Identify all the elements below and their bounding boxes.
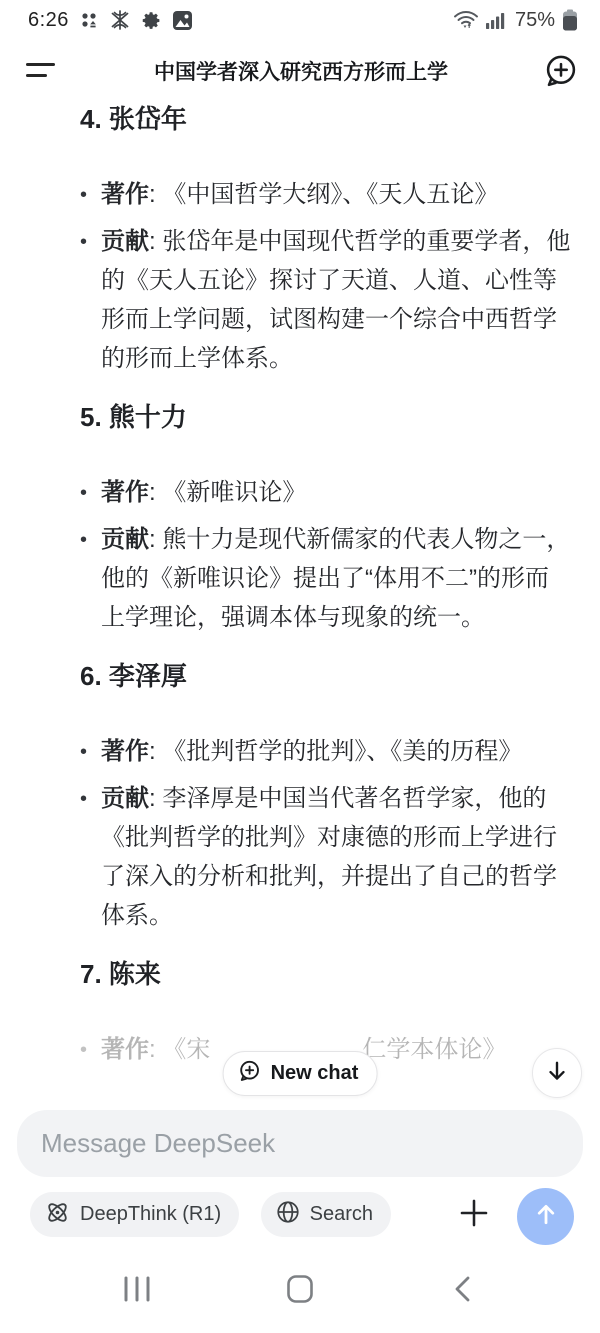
bullet-works: • 著作: 《新唯识论》 (80, 473, 572, 513)
arrow-up-icon (532, 1200, 560, 1233)
home-icon[interactable] (278, 1267, 322, 1311)
signal-icon (486, 10, 508, 30)
android-nav-bar (0, 1250, 600, 1333)
plus-icon (457, 1196, 491, 1235)
back-icon[interactable] (441, 1267, 485, 1311)
message-input-container[interactable] (17, 1110, 583, 1177)
new-chat-bubble-icon (238, 1059, 262, 1088)
battery-percent: 75% (515, 9, 555, 32)
app-header: 中国学者深入研究西方形而上学 (0, 40, 600, 102)
menu-icon[interactable] (26, 59, 60, 83)
scroll-to-bottom-button[interactable] (532, 1048, 582, 1098)
wifi-icon (453, 9, 479, 31)
gear-icon (141, 10, 162, 31)
search-label: Search (310, 1203, 373, 1226)
bullet-contribution: • 贡献: 李泽厚是中国当代著名哲学家，他的《批判哲学的批判》对康德的形而上学进… (80, 779, 572, 935)
deepthink-label: DeepThink (R1) (80, 1203, 221, 1226)
new-chat-label: New chat (271, 1062, 359, 1085)
battery-icon (562, 9, 578, 31)
atom-icon (44, 1199, 71, 1231)
attach-plus-button[interactable] (451, 1192, 497, 1238)
composer-toolbar: DeepThink (R1) Search (30, 1192, 587, 1250)
arrow-down-icon (544, 1058, 570, 1089)
deepseek-app-screen: 6:26 (0, 0, 600, 1333)
bullet-contribution: • 贡献: 张岱年是中国现代哲学的重要学者，他的《天人五论》探讨了天道、人道、心… (80, 222, 572, 378)
section-li-zehou: 6. 李泽厚 • 著作: 《批判哲学的批判》、《美的历程》 • 贡献: 李泽厚是… (80, 659, 572, 935)
globe-icon (275, 1199, 301, 1230)
search-toggle[interactable]: Search (261, 1192, 391, 1237)
section-xiong-shili: 5. 熊十力 • 著作: 《新唯识论》 • 贡献: 熊十力是现代新儒家的代表人物… (80, 400, 572, 637)
section-heading: 7. 陈来 (80, 957, 572, 991)
message-input[interactable] (41, 1128, 559, 1159)
new-chat-button[interactable]: New chat (223, 1051, 378, 1096)
section-heading: 6. 李泽厚 (80, 659, 572, 693)
recents-icon[interactable] (115, 1267, 159, 1311)
section-zhang-dainian: 4. 张岱年 • 著作: 《中国哲学大纲》、《天人五论》 • 贡献: 张岱年是中… (80, 102, 572, 378)
section-heading: 4. 张岱年 (80, 102, 572, 136)
pinwheel-icon (109, 9, 131, 31)
bullet-works: • 著作: 《批判哲学的批判》、《美的历程》 (80, 732, 572, 772)
gallery-icon (172, 10, 193, 31)
app-dots-icon (79, 10, 99, 30)
bullet-contribution: • 贡献: 熊十力是现代新儒家的代表人物之一，他的《新唯识论》提出了“体用不二”… (80, 520, 572, 637)
bullet-works: • 著作: 《中国哲学大纲》、《天人五论》 (80, 175, 572, 215)
send-button[interactable] (517, 1188, 574, 1245)
clock-time: 6:26 (28, 9, 69, 32)
new-chat-bubble-icon[interactable] (542, 52, 580, 90)
deepthink-toggle[interactable]: DeepThink (R1) (30, 1192, 239, 1237)
status-bar: 6:26 (0, 0, 600, 40)
section-heading: 5. 熊十力 (80, 400, 572, 434)
chat-title: 中国学者深入研究西方形而上学 (154, 56, 448, 86)
